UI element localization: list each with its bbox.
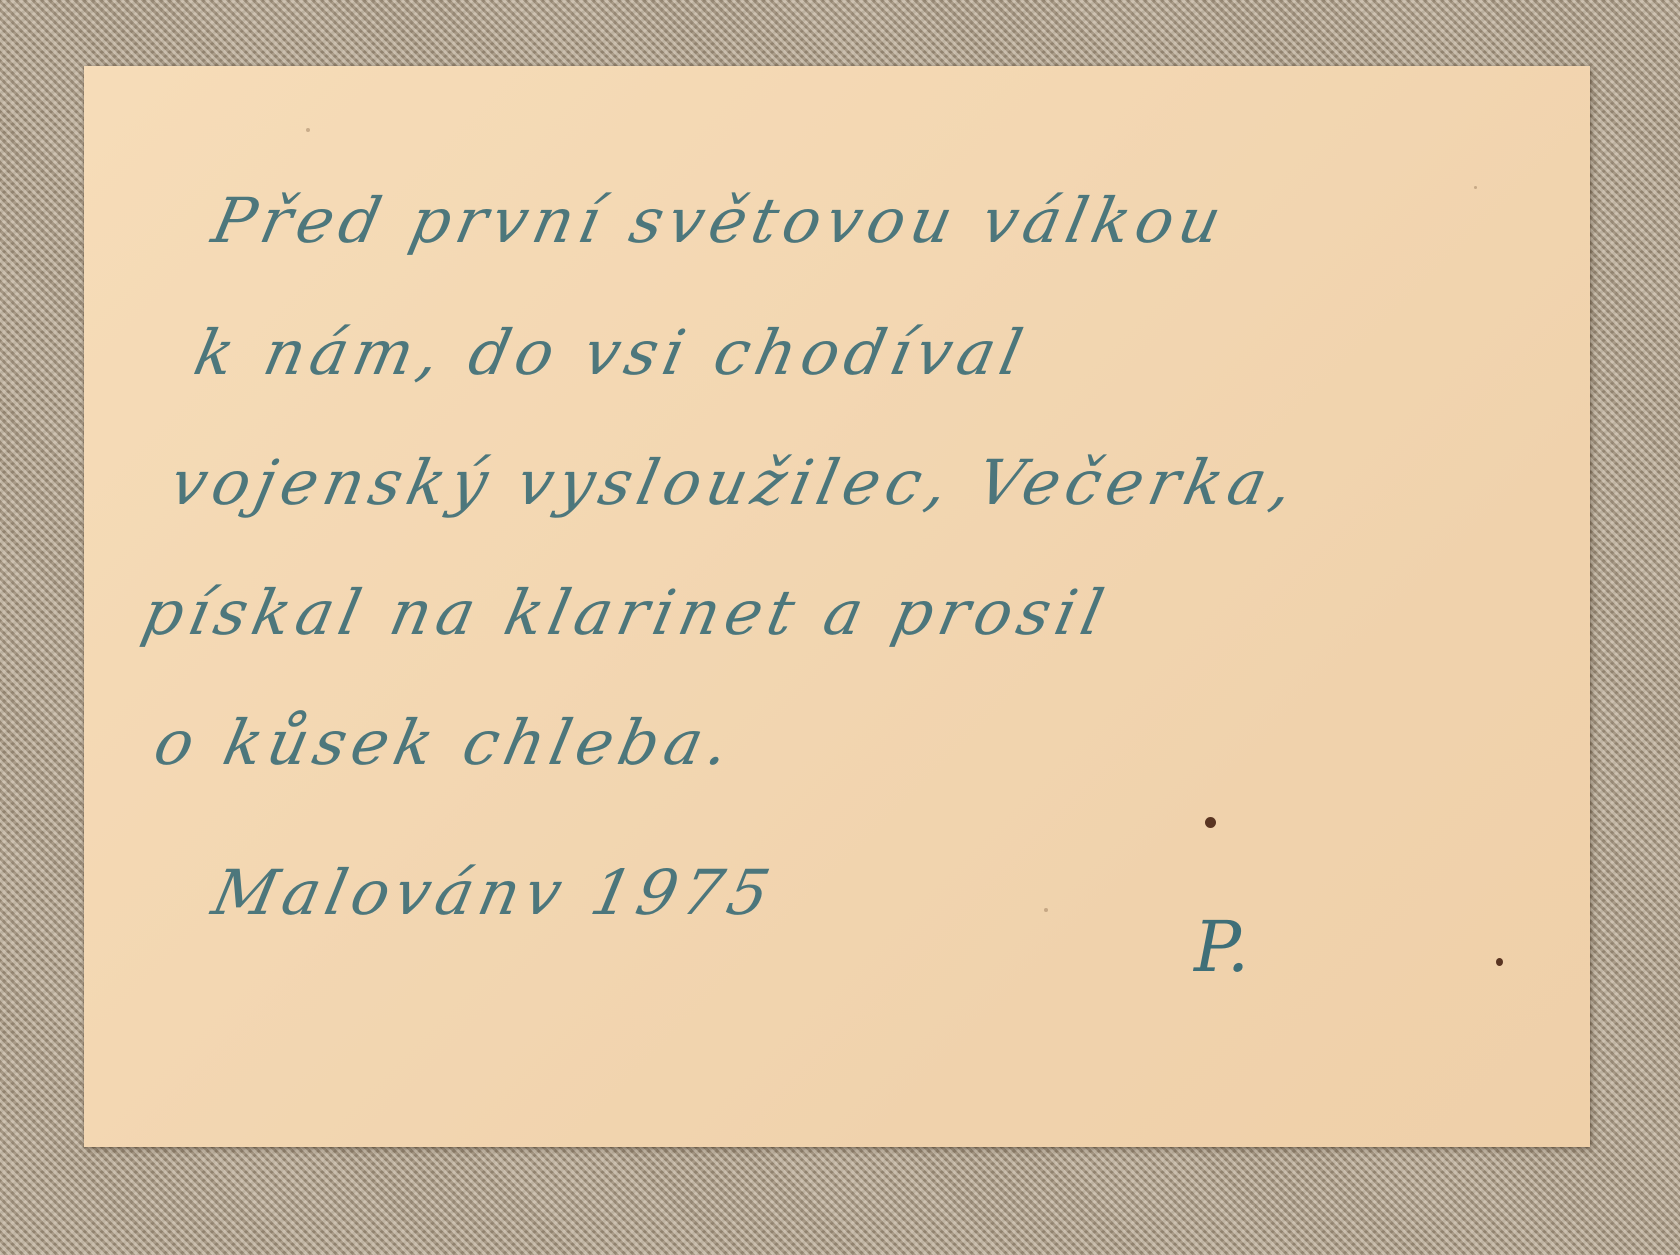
signature: P.	[1194, 906, 1249, 988]
paper-fleck	[306, 128, 310, 132]
note-line-2: k nám, do vsi chodíval	[188, 316, 1034, 389]
note-line-3: vojenský vysloužilec, Večerka,	[164, 446, 1305, 519]
ink-dot	[1205, 817, 1216, 828]
paper-fleck	[1044, 908, 1048, 912]
place-date-line: Malovánv 1975	[206, 856, 782, 929]
note-line-5: o kůsek chleba.	[148, 706, 741, 779]
note-line-1: Před první světovou válkou	[206, 184, 1233, 257]
paper-fleck	[1474, 186, 1477, 189]
note-line-4: pískal na klarinet a prosil	[136, 576, 1115, 649]
ink-dot	[1496, 958, 1503, 966]
handwritten-note-paper: Před první světovou válkou k nám, do vsi…	[84, 66, 1590, 1147]
